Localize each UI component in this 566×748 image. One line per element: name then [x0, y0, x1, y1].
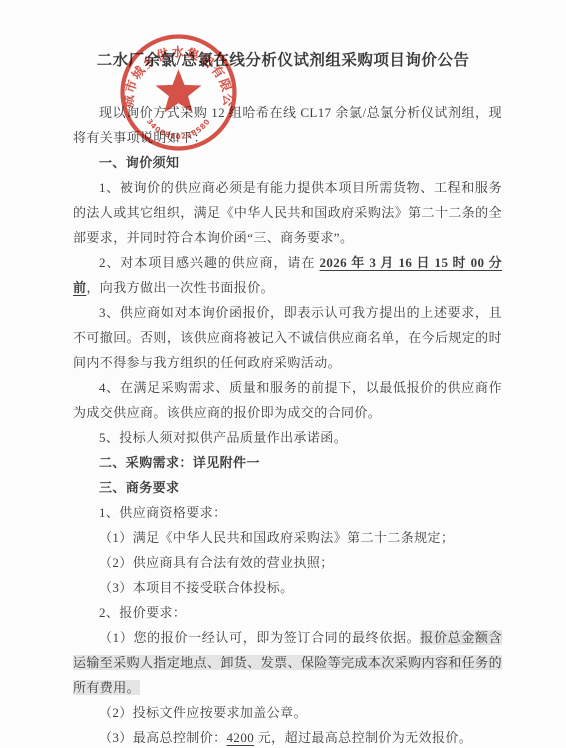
document-title: 二水厂余氯/总氯在线分析仪试剂组采购项目询价公告: [0, 48, 566, 70]
quotation-requirements-heading: 2、报价要求：: [73, 600, 502, 625]
qualification-item-3: （3）本项目不接受联合体投标。: [73, 575, 502, 600]
section-1-item-4: 4、在满足采购需求、质量和服务的前提下，以最低报价的供应商作为成交供应商。该供应…: [73, 375, 502, 425]
section-2-heading: 二、采购需求：详见附件一: [73, 450, 502, 475]
quotation-item-3: （3）最高总控制价：4200 元，超过最高总控制价为无效报价。: [73, 725, 502, 748]
quotation-item-1: （1）您的报价一经认可，即为签订合同的最终依据。报价总金额含运输至采购人指定地点…: [73, 625, 502, 700]
max-price-label: （3）最高总控制价：: [99, 730, 227, 745]
max-price-text-end: 元，超过最高总控制价为无效报价。: [254, 730, 472, 745]
section-1-item-3: 3、供应商如对本询价函报价，即表示认可我方提出的上述要求，且不可撤回。否则，该供…: [73, 300, 502, 375]
intro-paragraph: 现以询价方式采购 12 组哈希在线 CL17 余氯/总氯分析仪试剂组，现将有关事…: [73, 100, 502, 150]
quotation-item-2: （2）投标文件应按要求加盖公章。: [73, 700, 502, 725]
item-2-text-end: ，向我方做出一次性书面报价。: [86, 280, 274, 295]
document-body: 现以询价方式采购 12 组哈希在线 CL17 余氯/总氯分析仪试剂组，现将有关事…: [73, 100, 502, 748]
item-2-text: 2、对本项目感兴趣的供应商，请在: [99, 255, 319, 270]
scanned-document-page: 二水厂余氯/总氯在线分析仪试剂组采购项目询价公告 现以询价方式采购 12 组哈希…: [0, 0, 566, 748]
section-1-item-5: 5、投标人须对拟供产品质量作出承诺函。: [73, 425, 502, 450]
section-1-item-1: 1、被询价的供应商必须是有能力提供本项目所需货物、工程和服务的法人或其它组织，满…: [73, 175, 502, 250]
qualification-item-2: （2）供应商具有合法有效的营业执照；: [73, 550, 502, 575]
quotation-item-1-text: （1）您的报价一经认可，即为签订合同的最终依据。: [99, 630, 420, 645]
qualification-item-1: （1）满足《中华人民共和国政府采购法》第二十二条规定；: [73, 525, 502, 550]
supplier-qualification-heading: 1、供应商资格要求：: [73, 500, 502, 525]
max-control-price: 4200: [227, 730, 255, 745]
section-1-item-2: 2、对本项目感兴趣的供应商，请在 2026 年 3 月 16 日 15 时 00…: [73, 250, 502, 300]
section-1-heading: 一、询价须知: [73, 150, 502, 175]
section-3-heading: 三、商务要求: [73, 475, 502, 500]
